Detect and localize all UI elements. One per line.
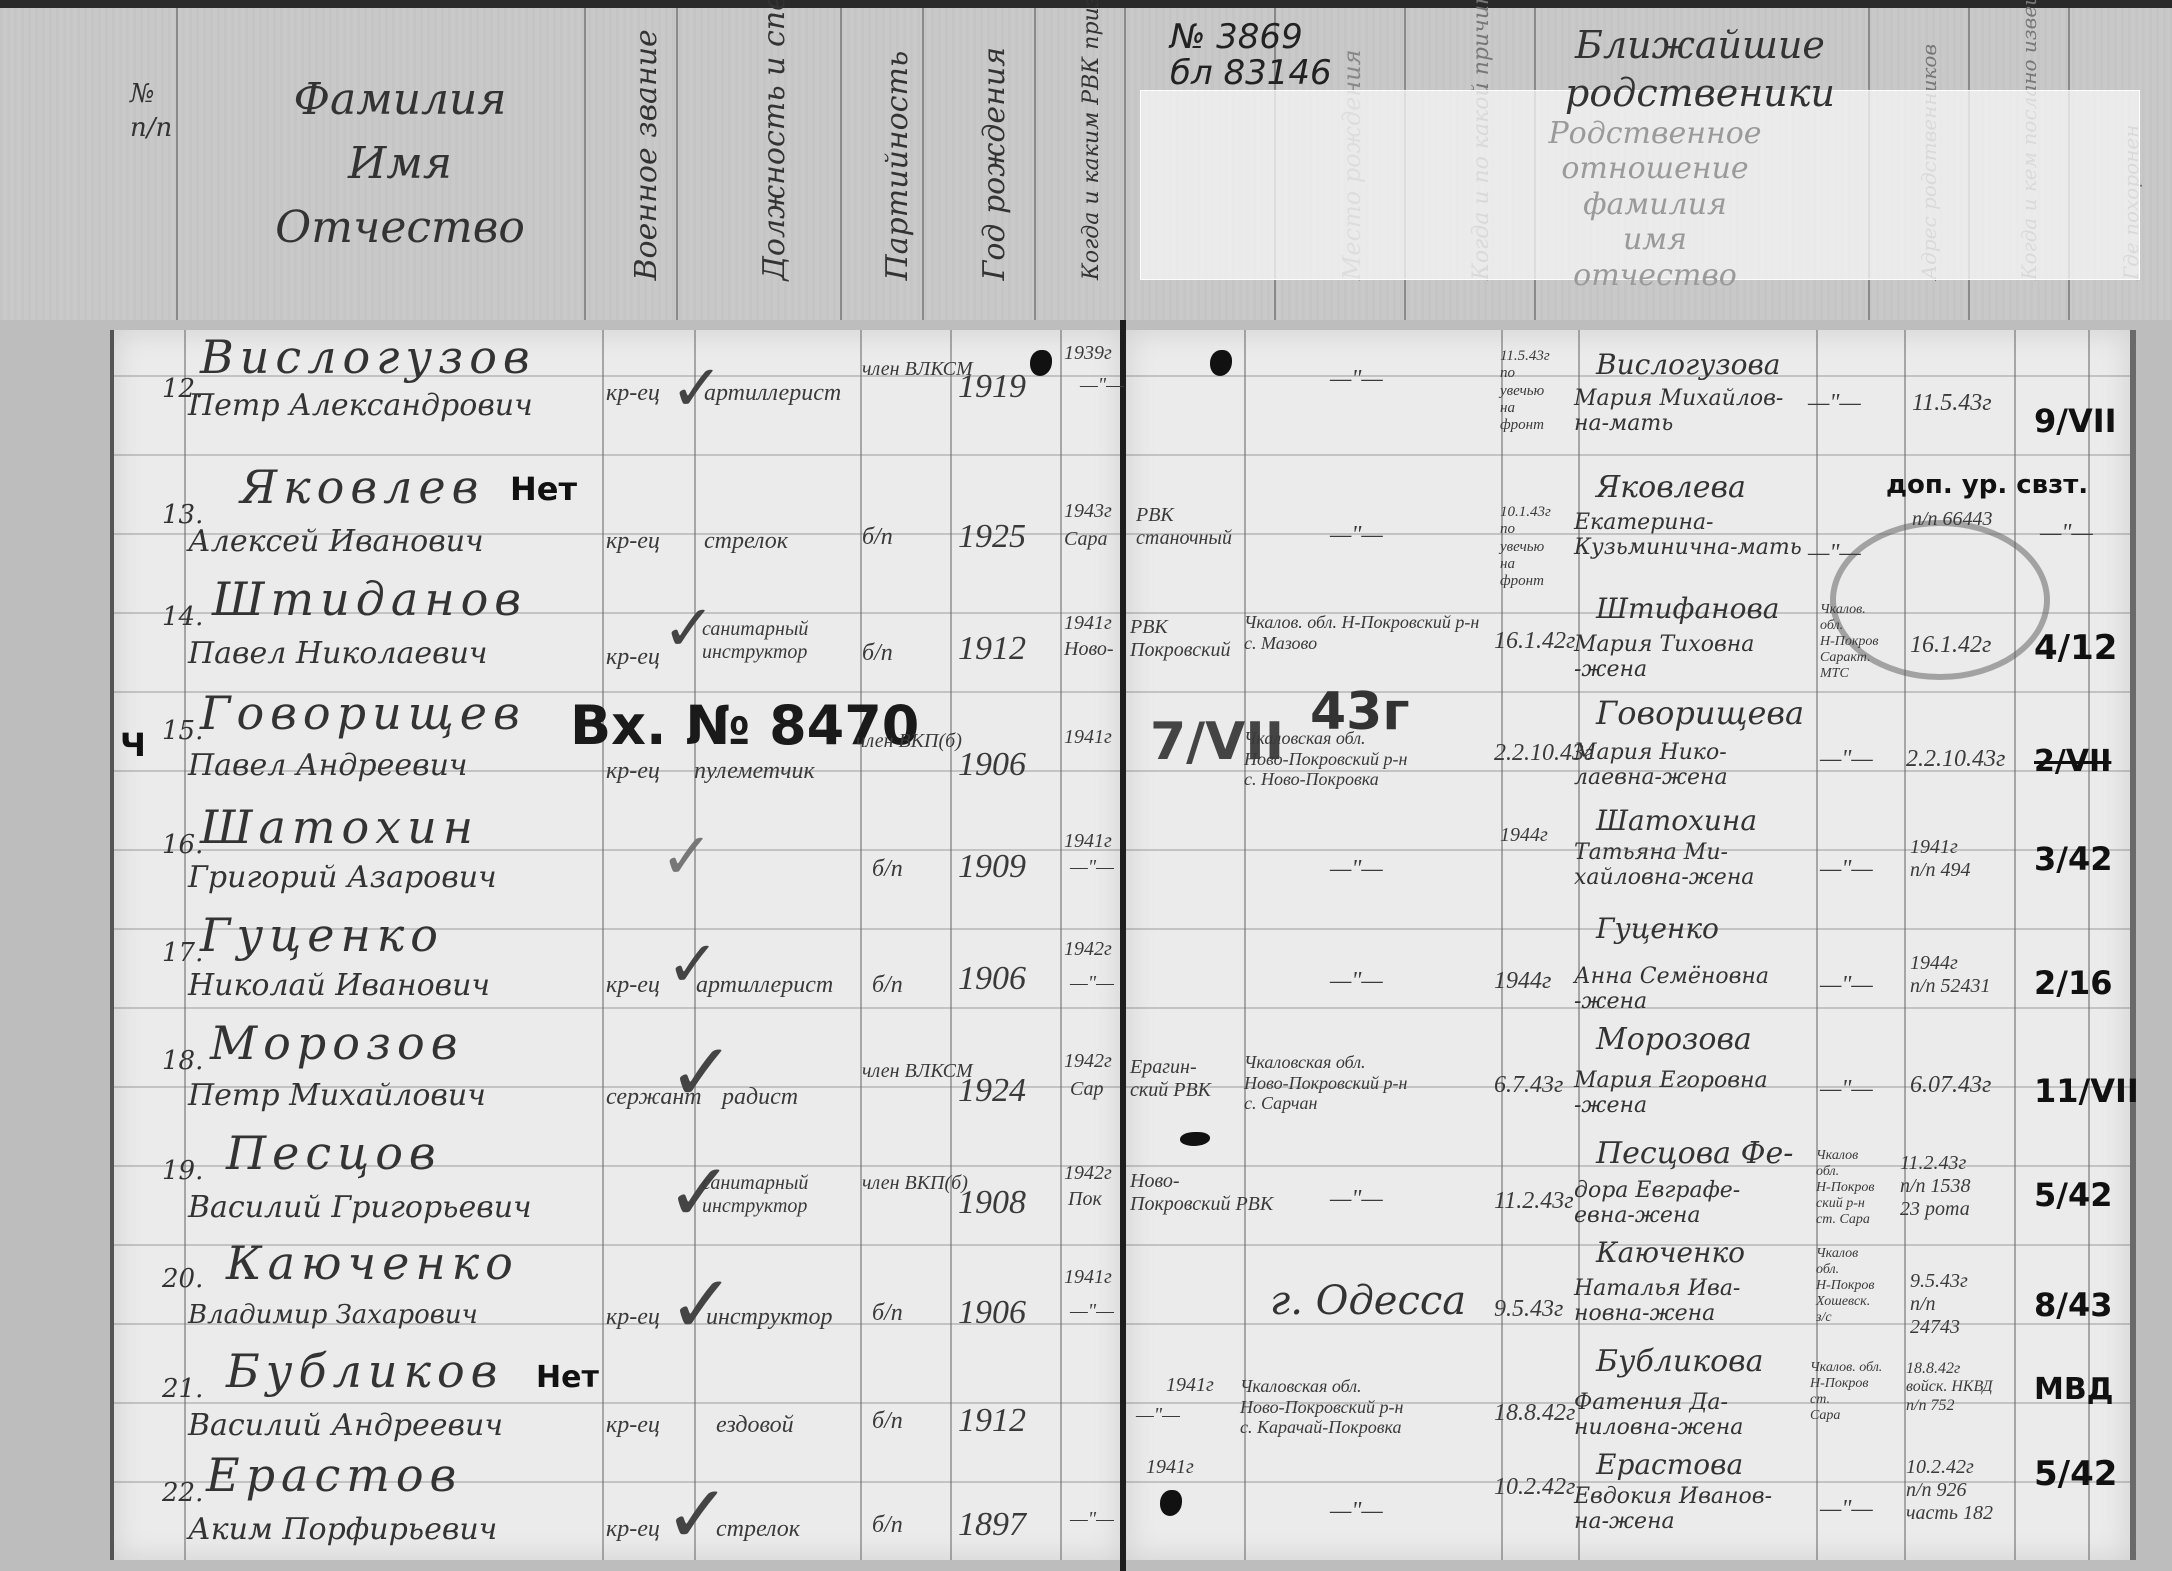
entry-rank: кр-ец <box>606 528 660 555</box>
relative-address: —"— <box>1820 856 1873 883</box>
entry-surname: Ерастов <box>206 1448 462 1502</box>
relative-address: —"— <box>1808 540 1861 567</box>
table-row: 18. Морозов Петр Михайлович сержант ✓ ра… <box>0 1016 2172 1126</box>
relative-given: Анна Семёновна -жена <box>1574 964 1769 1015</box>
entry-drafted: Сар <box>1070 1078 1103 1101</box>
burial-note: 3/42 <box>2034 840 2112 878</box>
burial-note: 5/42 <box>2034 1176 2112 1214</box>
entry-drafted-year: 1941г <box>1064 1266 1112 1289</box>
header-drafted-label: Когда и каким РВК призван, какой области <box>1080 0 1103 280</box>
burial-note: МВД <box>2034 1372 2113 1407</box>
entry-position: радист <box>722 1084 798 1111</box>
entry-rank: кр-ец <box>606 644 660 671</box>
table-row: Ч 15. Говорищев Павел Андреевич Вх. № 84… <box>0 686 2172 796</box>
relative-surname: Штифанова <box>1596 592 1779 625</box>
entry-rank: кр-ец <box>606 380 660 407</box>
entry-given-names: Павел Николаевич <box>188 636 488 671</box>
entry-rvk: РВК станочный <box>1136 504 1232 550</box>
entry-given-names: Петр Александрович <box>188 388 533 423</box>
entry-surname: Штиданов <box>212 572 527 626</box>
entry-party: б/п <box>862 524 893 551</box>
relative-given: Евдокия Иванов- на-жена <box>1574 1484 1772 1535</box>
header-name-label: Фамилия Имя Отчество <box>230 68 570 259</box>
table-row: 17. Гуценко Николай Иванович кр-ец ✓ арт… <box>0 908 2172 1018</box>
relative-surname: Гуценко <box>1596 912 1719 945</box>
entry-rank: кр-ец <box>606 758 660 785</box>
entry-drafted: Ново- <box>1064 638 1114 661</box>
header-col-drafted: Когда и каким РВК призван, какой области <box>1036 8 1126 320</box>
entry-given-names: Василий Андреевич <box>188 1408 503 1443</box>
entry-drafted: Сара <box>1064 528 1107 551</box>
header-relatives-label: Ближайшие родственики <box>1540 22 1860 117</box>
relative-surname: Яковлева <box>1596 470 1746 505</box>
relative-given: Наталья Ива- новна-жена <box>1574 1276 1740 1327</box>
entry-position: пулеметчик <box>694 758 815 785</box>
entry-drafted-year: 1942г <box>1064 1050 1112 1073</box>
relative-address: —"— <box>1820 746 1873 773</box>
entry-position: стрелок <box>704 528 788 555</box>
relative-given: дора Евграфе- евна-жена <box>1574 1178 1740 1229</box>
entry-number: 18. <box>162 1046 203 1076</box>
entry-date-out: 9.5.43г <box>1494 1296 1563 1323</box>
entry-rvk: Ерагин- ский РВК <box>1130 1056 1211 1102</box>
entry-birthplace: —"— <box>1330 1498 1383 1525</box>
entry-birthplace: Чкаловская обл. Ново-Покровский р-н с. Н… <box>1244 728 1407 790</box>
entry-drafted: —"— <box>1070 1508 1114 1531</box>
notice-sent: 16.1.42г <box>1910 632 1991 659</box>
header-row-number-label: № п/п <box>130 78 172 146</box>
entry-birth-year: 1925 <box>958 518 1026 556</box>
entry-drafted-year: 1943г <box>1064 500 1112 523</box>
entry-drafted-year: 1941г <box>1064 612 1112 635</box>
entry-position: санитарный инструктор <box>702 618 842 664</box>
entry-birth-year: 1919 <box>958 368 1026 406</box>
notice-sent: 1944г п/п 52431 <box>1910 952 1991 998</box>
entry-position: санитарный инструктор <box>702 1172 842 1218</box>
entry-number: 22. <box>162 1478 203 1508</box>
entry-party: б/п <box>872 1300 903 1327</box>
entry-date-out: 18.8.42г <box>1494 1400 1575 1427</box>
entry-birth-year: 1909 <box>958 848 1026 886</box>
entry-birth-year: 1906 <box>958 1294 1026 1332</box>
entry-rank: кр-ец <box>606 1516 660 1543</box>
entry-drafted-year: 1942г <box>1064 938 1112 961</box>
entry-drafted-year: 1941г <box>1064 830 1112 853</box>
burial-note: 2/16 <box>2034 964 2112 1002</box>
header-col-number <box>0 8 178 320</box>
relative-given: Мария Нико- лаевна-жена <box>1574 740 1728 791</box>
entry-party: б/п <box>872 972 903 999</box>
table-row: 14. Штиданов Павел Николаевич кр-ец ✓ са… <box>0 572 2172 682</box>
table-row: 12. Вислогузов Петр Александрович кр-ец … <box>0 330 2172 440</box>
entry-rank: кр-ец <box>606 1412 660 1439</box>
entry-birthplace: Чкалов. обл. Н-Покровский р-н с. Мазово <box>1244 612 1479 653</box>
entry-given-names: Аким Порфирьевич <box>188 1512 497 1547</box>
entry-given-names: Алексей Иванович <box>188 524 484 559</box>
entry-birthplace: —"— <box>1330 856 1383 883</box>
relative-surname: Песцова Фе- <box>1596 1136 1793 1171</box>
entry-party: член ВКП(б) <box>856 730 962 753</box>
notice-sent: 18.8.42г войск. НКВД п/п 752 <box>1906 1360 1993 1415</box>
entry-surname: Морозов <box>210 1016 464 1070</box>
table-row: 20. Каюченко Владимир Захарович кр-ец ✓ … <box>0 1236 2172 1346</box>
relative-surname: Шатохина <box>1596 804 1757 837</box>
entry-birth-year: 1908 <box>958 1184 1026 1222</box>
relative-given: Мария Тиховна -жена <box>1574 632 1754 683</box>
entry-drafted: Пок <box>1068 1188 1102 1211</box>
archive-stamp-number: № 3869 бл 83146 <box>1170 20 1332 91</box>
entry-party: член ВЛКСМ <box>862 1060 973 1083</box>
entry-birthplace: —"— <box>1330 1186 1383 1213</box>
entry-date-out: 6.7.43г <box>1494 1072 1563 1099</box>
checkmark-icon: ✓ <box>660 820 714 894</box>
table-row: 13. Яковлев Нет Алексей Иванович кр-ец с… <box>0 460 2172 570</box>
entry-given-names: Владимир Захарович <box>188 1300 478 1330</box>
relative-given: Татьяна Ми- хайловна-жена <box>1574 840 1754 891</box>
relative-address: Чкалов обл. Н-Покров Хошевск. з/с <box>1816 1246 1875 1326</box>
relative-given: Мария Михайлов- на-мать <box>1574 386 1783 437</box>
entry-surname: Каюченко <box>226 1236 519 1290</box>
entry-position: ездовой <box>716 1412 794 1439</box>
relative-address: Чкалов обл. Н-Покров ский р-н ст. Сара <box>1816 1148 1875 1228</box>
burial-note: 9/VII <box>2034 402 2117 440</box>
entry-birth-year: 1912 <box>958 630 1026 668</box>
entry-position: артиллерист <box>696 972 833 999</box>
relative-given: Фатения Да- ниловна-жена <box>1574 1390 1743 1441</box>
notice-sent: 10.2.42г п/п 926 часть 182 <box>1906 1456 1993 1525</box>
table-row: 22. Ерастов Аким Порфирьевич кр-ец ✓ стр… <box>0 1448 2172 1558</box>
entry-number: 19. <box>162 1156 203 1186</box>
entry-party: б/п <box>872 1408 903 1435</box>
entry-number: 14. <box>162 602 203 632</box>
margin-mark: Ч <box>120 726 146 764</box>
header-party-label: Партийность <box>882 50 914 280</box>
entry-drafted-year: 1939г <box>1064 342 1112 365</box>
header-col-rank: Военное звание <box>586 8 678 320</box>
notice-sent: 11.2.43г п/п 1538 23 рота <box>1900 1152 1971 1221</box>
entry-drafted-year: 1941г <box>1166 1374 1214 1397</box>
entry-birthplace: г. Одесса <box>1270 1278 1466 1324</box>
notice-sent: 2.2.10.43г <box>1906 746 2005 773</box>
entry-surname: Шатохин <box>200 800 479 854</box>
relative-address: Чкалов. обл. Н-Покров Саракт. МТС <box>1820 602 1879 682</box>
header-col-party: Партийность <box>842 8 924 320</box>
entry-date-out: 10.2.42г <box>1494 1474 1575 1501</box>
entry-drafted: —"— <box>1070 1300 1114 1323</box>
relative-address: —"— <box>1808 390 1861 417</box>
checkmark-icon: ✓ <box>664 1468 731 1561</box>
entry-number: 20. <box>162 1264 203 1294</box>
table-row: 21. Бубликов Нет Василий Андреевич кр-ец… <box>0 1344 2172 1454</box>
entry-number: 16. <box>162 830 203 860</box>
entry-surname: Яковлев <box>240 460 484 514</box>
entry-drafted-year: 1941г <box>1064 726 1112 749</box>
relative-address: —"— <box>1820 1076 1873 1103</box>
notice-sent: п/п 66443 <box>1912 508 1993 531</box>
entry-party: б/п <box>872 856 903 883</box>
entry-date-out: 1944г <box>1494 968 1551 995</box>
entry-drafted: —"— <box>1070 856 1114 879</box>
entry-birth-year: 1897 <box>958 1506 1026 1544</box>
entry-birthplace: —"— <box>1330 968 1383 995</box>
entry-birthplace: —"— <box>1330 366 1383 393</box>
notice-sent: 6.07.43г <box>1910 1072 1991 1099</box>
entry-date-out: 16.1.42г <box>1494 628 1575 655</box>
entry-party: член ВЛКСМ <box>862 358 973 381</box>
entry-number: 17. <box>162 938 203 968</box>
entry-given-names: Петр Михайлович <box>188 1078 486 1113</box>
entry-birthplace: Чкаловская обл. Ново-Покровский р-н с. К… <box>1240 1376 1403 1438</box>
header-col-birth-year: Год рождения <box>924 8 1036 320</box>
notice-sent: 1941г п/п 494 <box>1910 836 1971 882</box>
entry-surname: Говорищев <box>200 686 526 740</box>
header-birth-year-label: Год рождения <box>979 46 1011 280</box>
burial-note: —"— <box>2040 520 2093 547</box>
relative-surname: Вислогузова <box>1596 348 1781 381</box>
entry-birth-year: 1912 <box>958 1402 1026 1440</box>
notice-sent: 11.5.43г <box>1912 390 1992 417</box>
relative-surname: Морозова <box>1596 1022 1752 1057</box>
entry-number: 15. <box>162 716 203 746</box>
entry-given-names: Григорий Азарович <box>188 860 497 895</box>
header-tape-label: Родственное отношение фамилия имя отчест… <box>1535 116 1775 293</box>
entry-rvk: РВК Покровский <box>1130 616 1230 662</box>
entry-given-names: Павел Андреевич <box>188 748 468 783</box>
annotation-ink: доп. ур. свзт. <box>1886 470 2088 500</box>
header-position-label: Должность и специальность <box>759 0 791 280</box>
header-rank-label: Военное звание <box>631 29 663 280</box>
entry-birthplace: —"— <box>1330 522 1383 549</box>
stamp-mark-net: Нет <box>510 470 577 508</box>
entry-surname: Бубликов <box>226 1344 503 1398</box>
entry-party: б/п <box>862 640 893 667</box>
entry-date-out: 1944г <box>1500 824 1548 847</box>
stamp-mark-net: Нет <box>536 1360 599 1395</box>
entry-drafted: —"— <box>1080 374 1124 397</box>
entry-surname: Гуценко <box>200 908 444 962</box>
entry-birth-year: 1906 <box>958 746 1026 784</box>
relative-address: Чкалов. обл. Н-Покров ст. Сара <box>1810 1360 1882 1424</box>
burial-note: 2/VII <box>2034 744 2111 779</box>
entry-party: б/п <box>872 1512 903 1539</box>
entry-given-names: Василий Григорьевич <box>188 1190 532 1225</box>
entry-given-names: Николай Иванович <box>188 968 490 1003</box>
entry-birthplace: Чкаловская обл. Ново-Покровский р-н с. С… <box>1244 1052 1407 1114</box>
entry-surname: Вислогузов <box>200 330 536 384</box>
notice-sent: 9.5.43г п/п 24743 <box>1910 1270 1968 1339</box>
entry-position: инструктор <box>706 1304 832 1331</box>
burial-note: 4/12 <box>2034 628 2117 668</box>
entry-number: 21. <box>162 1374 203 1404</box>
relative-surname: Каюченко <box>1596 1236 1745 1269</box>
relative-surname: Ерастова <box>1596 1448 1743 1481</box>
header-col-position: Должность и специальность <box>678 8 842 320</box>
entry-drafted: —"— <box>1070 972 1114 995</box>
entry-drafted: —"— <box>1136 1404 1180 1427</box>
entry-drafted-year: 1941г <box>1146 1456 1194 1479</box>
entry-position: артиллерист <box>704 380 841 407</box>
relative-given: Екатерина- Кузьминична-мать <box>1574 510 1802 561</box>
entry-rank: кр-ец <box>606 972 660 999</box>
entry-party: член ВКП(б) <box>862 1172 968 1195</box>
relative-surname: Говорищева <box>1596 694 1804 732</box>
burial-note: 11/VII <box>2034 1072 2139 1110</box>
entry-rank: кр-ец <box>606 1304 660 1331</box>
table-row: 16. Шатохин Григорий Азарович ✓ б/п 1909… <box>0 800 2172 910</box>
burial-note: 5/42 <box>2034 1454 2117 1494</box>
table-row: 19. Песцов Василий Григорьевич ✓ санитар… <box>0 1126 2172 1236</box>
relative-given: Мария Егоровна -жена <box>1574 1068 1768 1119</box>
burial-note: 8/43 <box>2034 1286 2112 1324</box>
entry-date-out: 11.5.43г по увечью на фронт <box>1500 348 1550 434</box>
entry-birth-year: 1924 <box>958 1072 1026 1110</box>
relative-surname: Бубликова <box>1596 1344 1764 1379</box>
entry-position: стрелок <box>716 1516 800 1543</box>
entry-surname: Песцов <box>226 1126 442 1180</box>
column-header-strip: Военное звание Должность и специальность… <box>0 8 2172 320</box>
relative-address: —"— <box>1820 1496 1873 1523</box>
entry-rvk: Ново- Покровский РВК <box>1130 1170 1273 1216</box>
entry-drafted-year: 1942г <box>1064 1162 1112 1185</box>
entry-date-out: 11.2.43г <box>1494 1188 1574 1215</box>
relative-address: —"— <box>1820 972 1873 999</box>
entry-birth-year: 1906 <box>958 960 1026 998</box>
